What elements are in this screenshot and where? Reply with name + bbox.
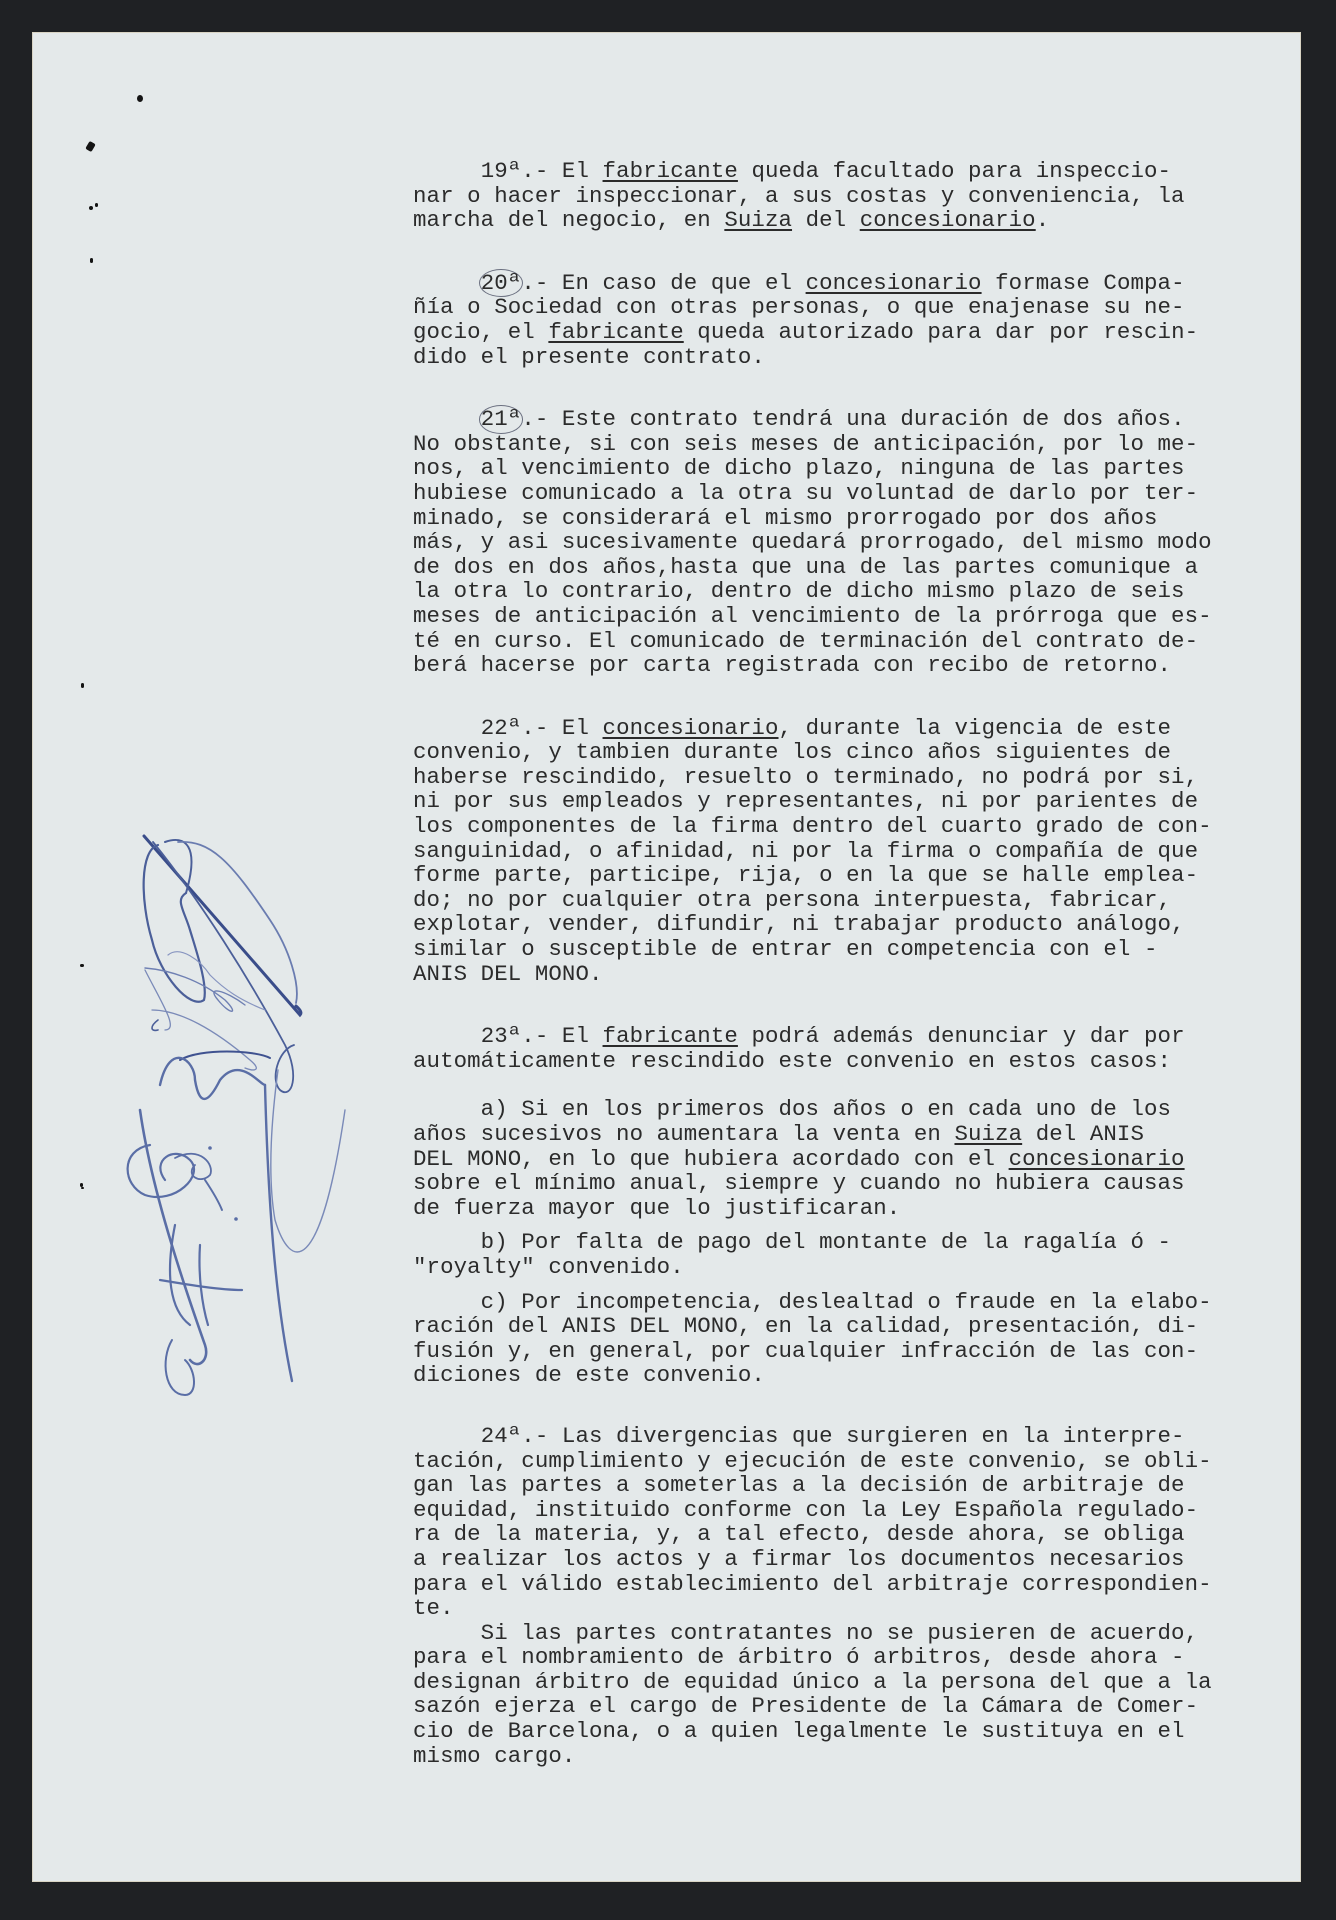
text-run: similar o susceptible de entrar en compe…	[413, 936, 1158, 962]
paragraph-spacer	[413, 986, 1213, 1024]
text-run: Si las partes contratantes no se pusiere…	[413, 1620, 1198, 1646]
text-line: la otra lo contrario, dentro de dicho mi…	[413, 579, 1213, 604]
text-run	[413, 158, 481, 184]
text-run: a) Si en los primeros dos años o en cada…	[413, 1096, 1171, 1122]
underlined-term: fabricante	[603, 158, 738, 184]
underlined-term: concesionario	[1009, 1146, 1185, 1172]
punch-hole-icon	[90, 258, 93, 263]
text-line: marcha del negocio, en Suiza del concesi…	[413, 208, 1213, 233]
paragraph-spacer	[413, 369, 1213, 407]
text-run: te.	[413, 1595, 454, 1621]
clause-23-b: b) Por falta de pago del montante de la …	[413, 1230, 1213, 1279]
punch-hole-icon	[81, 683, 84, 688]
text-line: gocio, el fabricante queda autorizado pa…	[413, 320, 1213, 345]
text-line: tación, cumplimiento y ejecución de este…	[413, 1449, 1213, 1474]
clause-number: 22ª.-	[481, 715, 549, 741]
clause-number: 21ª	[479, 405, 524, 434]
text-line: ración del ANIS DEL MONO, en la calidad,…	[413, 1314, 1213, 1339]
text-line: convenio, y tambien durante los cinco añ…	[413, 740, 1213, 765]
text-line: de fuerza mayor que lo justificaran.	[413, 1196, 1213, 1221]
text-line: sanguinidad, o afinidad, ni por la firma…	[413, 839, 1213, 864]
clause-23: 23ª.- El fabricante podrá además denunci…	[413, 1024, 1213, 1388]
text-line: 20ª.- En caso de que el concesionario fo…	[413, 271, 1213, 296]
text-run: podrá además denunciar y dar por	[738, 1023, 1185, 1049]
clause-24: 24ª.- Las divergencias que surgieren en …	[413, 1424, 1213, 1768]
text-line: años sucesivos no aumentara la venta en …	[413, 1122, 1213, 1147]
paragraph-spacer	[413, 1073, 1213, 1097]
underlined-term: fabricante	[603, 1023, 738, 1049]
punch-hole-icon	[89, 206, 93, 210]
text-run: berá hacerse por carta registrada con re…	[413, 652, 1171, 678]
punch-hole-icon	[81, 1187, 84, 1189]
text-run: gan las partes a someterlas a la decisió…	[413, 1472, 1185, 1498]
text-run: para el válido establecimiento del arbit…	[413, 1571, 1212, 1597]
text-line: té en curso. El comunicado de terminació…	[413, 629, 1213, 654]
text-run	[413, 1423, 481, 1449]
clause-23-c: c) Por incompetencia, deslealtad o fraud…	[413, 1290, 1213, 1388]
text-line: berá hacerse por carta registrada con re…	[413, 653, 1213, 678]
punch-hole-icon	[95, 203, 98, 207]
text-run: marcha del negocio, en	[413, 207, 724, 233]
text-run: nar o hacer inspeccionar, a sus costas y…	[413, 183, 1185, 209]
text-run: sobre el mínimo anual, siempre y cuando …	[413, 1170, 1185, 1196]
text-line: 24ª.- Las divergencias que surgieren en …	[413, 1424, 1213, 1449]
text-line: para el válido establecimiento del arbit…	[413, 1572, 1213, 1597]
text-run: ni por sus empleados y representantes, n…	[413, 788, 1198, 814]
text-line: explotar, vender, difundir, ni trabajar …	[413, 912, 1213, 937]
text-run	[413, 406, 481, 432]
text-run: , durante la vigencia de este	[779, 715, 1172, 741]
text-run: diciones de este convenio.	[413, 1362, 765, 1388]
text-run: hubiese comunicado a la otra su voluntad…	[413, 480, 1198, 506]
text-run: nos, al vencimiento de dicho plazo, ning…	[413, 455, 1185, 481]
text-line: mismo cargo.	[413, 1744, 1213, 1769]
text-run: sanguinidad, o afinidad, ni por la firma…	[413, 838, 1198, 864]
text-run: do; no por cualquier otra persona interp…	[413, 887, 1171, 913]
text-line: a realizar los actos y a firmar los docu…	[413, 1547, 1213, 1572]
text-run: formase Compa-	[982, 270, 1185, 296]
text-line: sobre el mínimo anual, siempre y cuando …	[413, 1171, 1213, 1196]
clause-20: 20ª.- En caso de que el concesionario fo…	[413, 271, 1213, 369]
clause-23-a: a) Si en los primeros dos años o en cada…	[413, 1097, 1213, 1220]
text-run	[413, 1023, 481, 1049]
text-line: equidad, instituido conforme con la Ley …	[413, 1498, 1213, 1523]
text-line: Si las partes contratantes no se pusiere…	[413, 1621, 1213, 1646]
text-run: tación, cumplimiento y ejecución de este…	[413, 1448, 1212, 1474]
text-line: te.	[413, 1596, 1213, 1621]
text-line: nar o hacer inspeccionar, a sus costas y…	[413, 184, 1213, 209]
text-line: DEL MONO, en lo que hubiera acordado con…	[413, 1147, 1213, 1172]
text-run: designan árbitro de equidad único a la p…	[413, 1669, 1212, 1695]
text-run: de fuerza mayor que lo justificaran.	[413, 1195, 900, 1221]
text-run	[413, 715, 481, 741]
text-run: del	[792, 207, 860, 233]
text-run: "royalty" convenido.	[413, 1254, 684, 1280]
text-line: ni por sus empleados y representantes, n…	[413, 789, 1213, 814]
text-run: té en curso. El comunicado de terminació…	[413, 628, 1198, 654]
text-run: forme parte, participe, rija, o en la qu…	[413, 862, 1198, 888]
text-run: queda autorizado para dar por rescin-	[684, 319, 1198, 345]
contract-text: 19ª.- El fabricante queda facultado para…	[413, 159, 1213, 1768]
text-line: ñía o Sociedad con otras personas, o que…	[413, 295, 1213, 320]
text-line: los componentes de la firma dentro del c…	[413, 814, 1213, 839]
paragraph-spacer	[413, 678, 1213, 716]
text-line: de dos en dos años,hasta que una de las …	[413, 555, 1213, 580]
text-line: forme parte, participe, rija, o en la qu…	[413, 863, 1213, 888]
text-run: los componentes de la firma dentro del c…	[413, 813, 1212, 839]
text-run: explotar, vender, difundir, ni trabajar …	[413, 911, 1185, 937]
clause-number: 19ª.-	[481, 158, 549, 184]
clause-number: 24ª.-	[481, 1423, 549, 1449]
text-run: a realizar los actos y a firmar los docu…	[413, 1546, 1185, 1572]
text-line: b) Por falta de pago del montante de la …	[413, 1230, 1213, 1255]
text-run: cio de Barcelona, o a quien legalmente l…	[413, 1718, 1185, 1744]
text-run: convenio, y tambien durante los cinco añ…	[413, 739, 1171, 765]
text-line: do; no por cualquier otra persona interp…	[413, 888, 1213, 913]
text-line: designan árbitro de equidad único a la p…	[413, 1670, 1213, 1695]
text-run: El	[548, 1023, 602, 1049]
text-run: minado, se considerará el mismo prorroga…	[413, 505, 1158, 531]
text-line: 23ª.- El fabricante podrá además denunci…	[413, 1024, 1213, 1049]
text-run: automáticamente rescindido este convenio…	[413, 1048, 1171, 1074]
underlined-term: concesionario	[603, 715, 779, 741]
text-run: .- Este contrato tendrá una duración de …	[521, 406, 1184, 432]
text-line: 19ª.- El fabricante queda facultado para…	[413, 159, 1213, 184]
text-run: b) Por falta de pago del montante de la …	[413, 1229, 1171, 1255]
text-run: del ANIS	[1022, 1121, 1144, 1147]
text-line: minado, se considerará el mismo prorroga…	[413, 506, 1213, 531]
paragraph-spacer	[413, 233, 1213, 271]
text-run: fusión y, en general, por cualquier infr…	[413, 1338, 1198, 1364]
text-run: ra de la materia, y, a tal efecto, desde…	[413, 1521, 1185, 1547]
text-line: diciones de este convenio.	[413, 1363, 1213, 1388]
clause-number: 23ª.-	[481, 1023, 549, 1049]
punch-hole-icon	[137, 95, 143, 102]
text-line: a) Si en los primeros dos años o en cada…	[413, 1097, 1213, 1122]
text-run: más, y asi sucesivamente quedará prorrog…	[413, 529, 1212, 555]
text-line: más, y asi sucesivamente quedará prorrog…	[413, 530, 1213, 555]
text-line: 21ª.- Este contrato tendrá una duración …	[413, 407, 1213, 432]
text-run: la otra lo contrario, dentro de dicho mi…	[413, 578, 1185, 604]
text-run: ANIS DEL MONO.	[413, 961, 603, 987]
text-line: similar o susceptible de entrar en compe…	[413, 937, 1213, 962]
text-run: de dos en dos años,hasta que una de las …	[413, 554, 1198, 580]
clause-22: 22ª.- El concesionario, durante la vigen…	[413, 716, 1213, 987]
text-run: El	[548, 158, 602, 184]
underlined-term: Suiza	[724, 207, 792, 233]
text-line: sazón ejerza el cargo de Presidente de l…	[413, 1694, 1213, 1719]
text-run: El	[548, 715, 602, 741]
text-run: .- En caso de que el	[521, 270, 805, 296]
text-run: Las divergencias que surgieren en la int…	[548, 1423, 1184, 1449]
text-line: meses de anticipación al vencimiento de …	[413, 604, 1213, 629]
text-run: haberse rescindido, resuelto o terminado…	[413, 764, 1198, 790]
text-run: equidad, instituido conforme con la Ley …	[413, 1497, 1198, 1523]
text-line: ANIS DEL MONO.	[413, 962, 1213, 987]
text-line: hubiese comunicado a la otra su voluntad…	[413, 481, 1213, 506]
text-run: sazón ejerza el cargo de Presidente de l…	[413, 1693, 1198, 1719]
punch-hole-icon	[80, 964, 84, 967]
text-run: ñía o Sociedad con otras personas, o que…	[413, 294, 1185, 320]
text-line: No obstante, si con seis meses de antici…	[413, 432, 1213, 457]
text-run: años sucesivos no aumentara la venta en	[413, 1121, 954, 1147]
text-run: No obstante, si con seis meses de antici…	[413, 431, 1198, 457]
text-run: ración del ANIS DEL MONO, en la calidad,…	[413, 1313, 1198, 1339]
clause-19: 19ª.- El fabricante queda facultado para…	[413, 159, 1213, 233]
text-run: para el nombramiento de árbitro ó arbitr…	[413, 1644, 1185, 1670]
text-line: gan las partes a someterlas a la decisió…	[413, 1473, 1213, 1498]
text-line: c) Por incompetencia, deslealtad o fraud…	[413, 1290, 1213, 1315]
text-line: cio de Barcelona, o a quien legalmente l…	[413, 1719, 1213, 1744]
clause-number: 20ª	[479, 269, 524, 298]
text-line: 22ª.- El concesionario, durante la vigen…	[413, 716, 1213, 741]
text-run: .	[1036, 207, 1050, 233]
text-line: haberse rescindido, resuelto o terminado…	[413, 765, 1213, 790]
text-run: mismo cargo.	[413, 1743, 575, 1769]
underlined-term: concesionario	[860, 207, 1036, 233]
text-line: nos, al vencimiento de dicho plazo, ning…	[413, 456, 1213, 481]
underlined-term: fabricante	[548, 319, 683, 345]
text-line: dido el presente contrato.	[413, 345, 1213, 370]
text-run: c) Por incompetencia, deslealtad o fraud…	[413, 1289, 1212, 1315]
text-line: fusión y, en general, por cualquier infr…	[413, 1339, 1213, 1364]
text-run: gocio, el	[413, 319, 548, 345]
text-run: queda facultado para inspeccio-	[738, 158, 1171, 184]
underlined-term: Suiza	[954, 1121, 1022, 1147]
text-line: para el nombramiento de árbitro ó arbitr…	[413, 1645, 1213, 1670]
text-run: dido el presente contrato.	[413, 344, 765, 370]
underlined-term: concesionario	[806, 270, 982, 296]
text-line: automáticamente rescindido este convenio…	[413, 1049, 1213, 1074]
paragraph-spacer	[413, 1388, 1213, 1424]
text-run	[413, 270, 481, 296]
text-line: "royalty" convenido.	[413, 1255, 1213, 1280]
text-line: ra de la materia, y, a tal efecto, desde…	[413, 1522, 1213, 1547]
text-run: DEL MONO, en lo que hubiera acordado con…	[413, 1146, 1009, 1172]
clause-21: 21ª.- Este contrato tendrá una duración …	[413, 407, 1213, 678]
text-run: meses de anticipación al vencimiento de …	[413, 603, 1212, 629]
